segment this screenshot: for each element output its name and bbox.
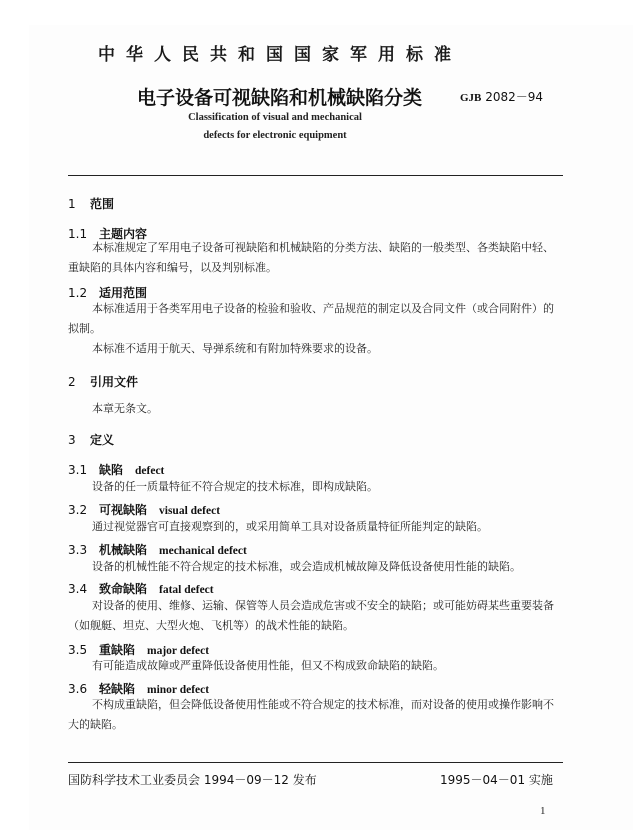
section-1-heading: 1范围 — [68, 195, 114, 212]
section-number: 3.6 — [68, 682, 99, 696]
standard-code-number: 2082－94 — [485, 90, 543, 104]
document-title-en-line1: Classification of visual and mechanical — [125, 112, 425, 123]
section-1-2-text-1: 本标准适用于各类军用电子设备的检验和验收、产品规范的制定以及合同文件（或合同附件… — [68, 299, 563, 339]
section-number: 1 — [68, 197, 90, 211]
definition-term: 机械缺陷 — [99, 543, 147, 557]
definition-term: 致命缺陷 — [99, 582, 147, 596]
standard-code: GJB 2082－94 — [460, 88, 543, 105]
definition-term-en: visual defect — [159, 505, 220, 517]
section-number: 3.1 — [68, 463, 99, 477]
section-3-heading: 3定义 — [68, 431, 114, 448]
definition-3-2-text: 通过视觉器官可直接观察到的，或采用简单工具对设备质量特征所能判定的缺陷。 — [92, 517, 563, 537]
definition-term: 缺陷 — [99, 463, 123, 477]
document-title-cn: 电子设备可视缺陷和机械缺陷分类 — [137, 83, 422, 110]
definition-term-en: fatal defect — [159, 584, 214, 596]
definition-term-en: defect — [135, 465, 164, 477]
definition-3-3-text: 设备的机械性能不符合规定的技术标准，或会造成机械故障及降低设备使用性能的缺陷。 — [92, 557, 563, 577]
definition-term: 可视缺陷 — [99, 503, 147, 517]
effective-date: 1995－04－01 实施 — [440, 771, 553, 788]
footer-divider — [68, 762, 563, 763]
definition-3-1-heading: 3.1缺陷defect — [68, 461, 164, 478]
section-2-heading: 2引用文件 — [68, 373, 138, 390]
document-title-en-line2: defects for electronic equipment — [125, 130, 425, 141]
standard-code-prefix: GJB — [460, 92, 481, 104]
standard-organization-heading: 中华人民共和国国家军用标准 — [98, 40, 462, 65]
section-1-1-text: 本标准规定了军用电子设备可视缺陷和机械缺陷的分类方法、缺陷的一般类型、各类缺陷中… — [68, 238, 563, 278]
definition-term: 重缺陷 — [99, 643, 135, 657]
definition-3-5-text: 有可能造成故障或严重降低设备使用性能，但又不构成致命缺陷的缺陷。 — [92, 656, 563, 676]
section-number: 3.5 — [68, 643, 99, 657]
section-number: 3.4 — [68, 582, 99, 596]
section-number: 1.2 — [68, 286, 99, 300]
header-divider — [68, 175, 563, 176]
section-number: 2 — [68, 375, 90, 389]
section-number: 3 — [68, 433, 90, 447]
section-title: 范围 — [90, 197, 114, 211]
definition-3-3-heading: 3.3机械缺陷mechanical defect — [68, 541, 247, 558]
definition-term-en: mechanical defect — [159, 545, 247, 557]
section-title: 适用范围 — [99, 286, 147, 300]
issue-info: 国防科学技术工业委员会 1994－09－12 发布 — [68, 771, 317, 788]
page-number: 1 — [540, 805, 546, 817]
definition-3-2-heading: 3.2可视缺陷visual defect — [68, 501, 220, 518]
definition-3-1-text: 设备的任一质量特征不符合规定的技术标准，即构成缺陷。 — [92, 477, 563, 497]
definition-3-6-text: 不构成重缺陷，但会降低设备使用性能或不符合规定的技术标准，而对设备的使用或操作影… — [68, 695, 563, 735]
definition-3-4-heading: 3.4致命缺陷fatal defect — [68, 580, 214, 597]
section-title: 引用文件 — [90, 375, 138, 389]
section-2-text: 本章无条文。 — [68, 399, 563, 419]
section-1-2-text-2: 本标准不适用于航天、导弹系统和有附加特殊要求的设备。 — [68, 339, 563, 359]
definition-term: 轻缺陷 — [99, 682, 135, 696]
section-number: 3.2 — [68, 503, 99, 517]
definition-3-4-text: 对设备的使用、维修、运输、保管等人员会造成危害或不安全的缺陷；或可能妨碍某些重要… — [68, 596, 563, 636]
section-number: 3.3 — [68, 543, 99, 557]
section-title: 定义 — [90, 433, 114, 447]
